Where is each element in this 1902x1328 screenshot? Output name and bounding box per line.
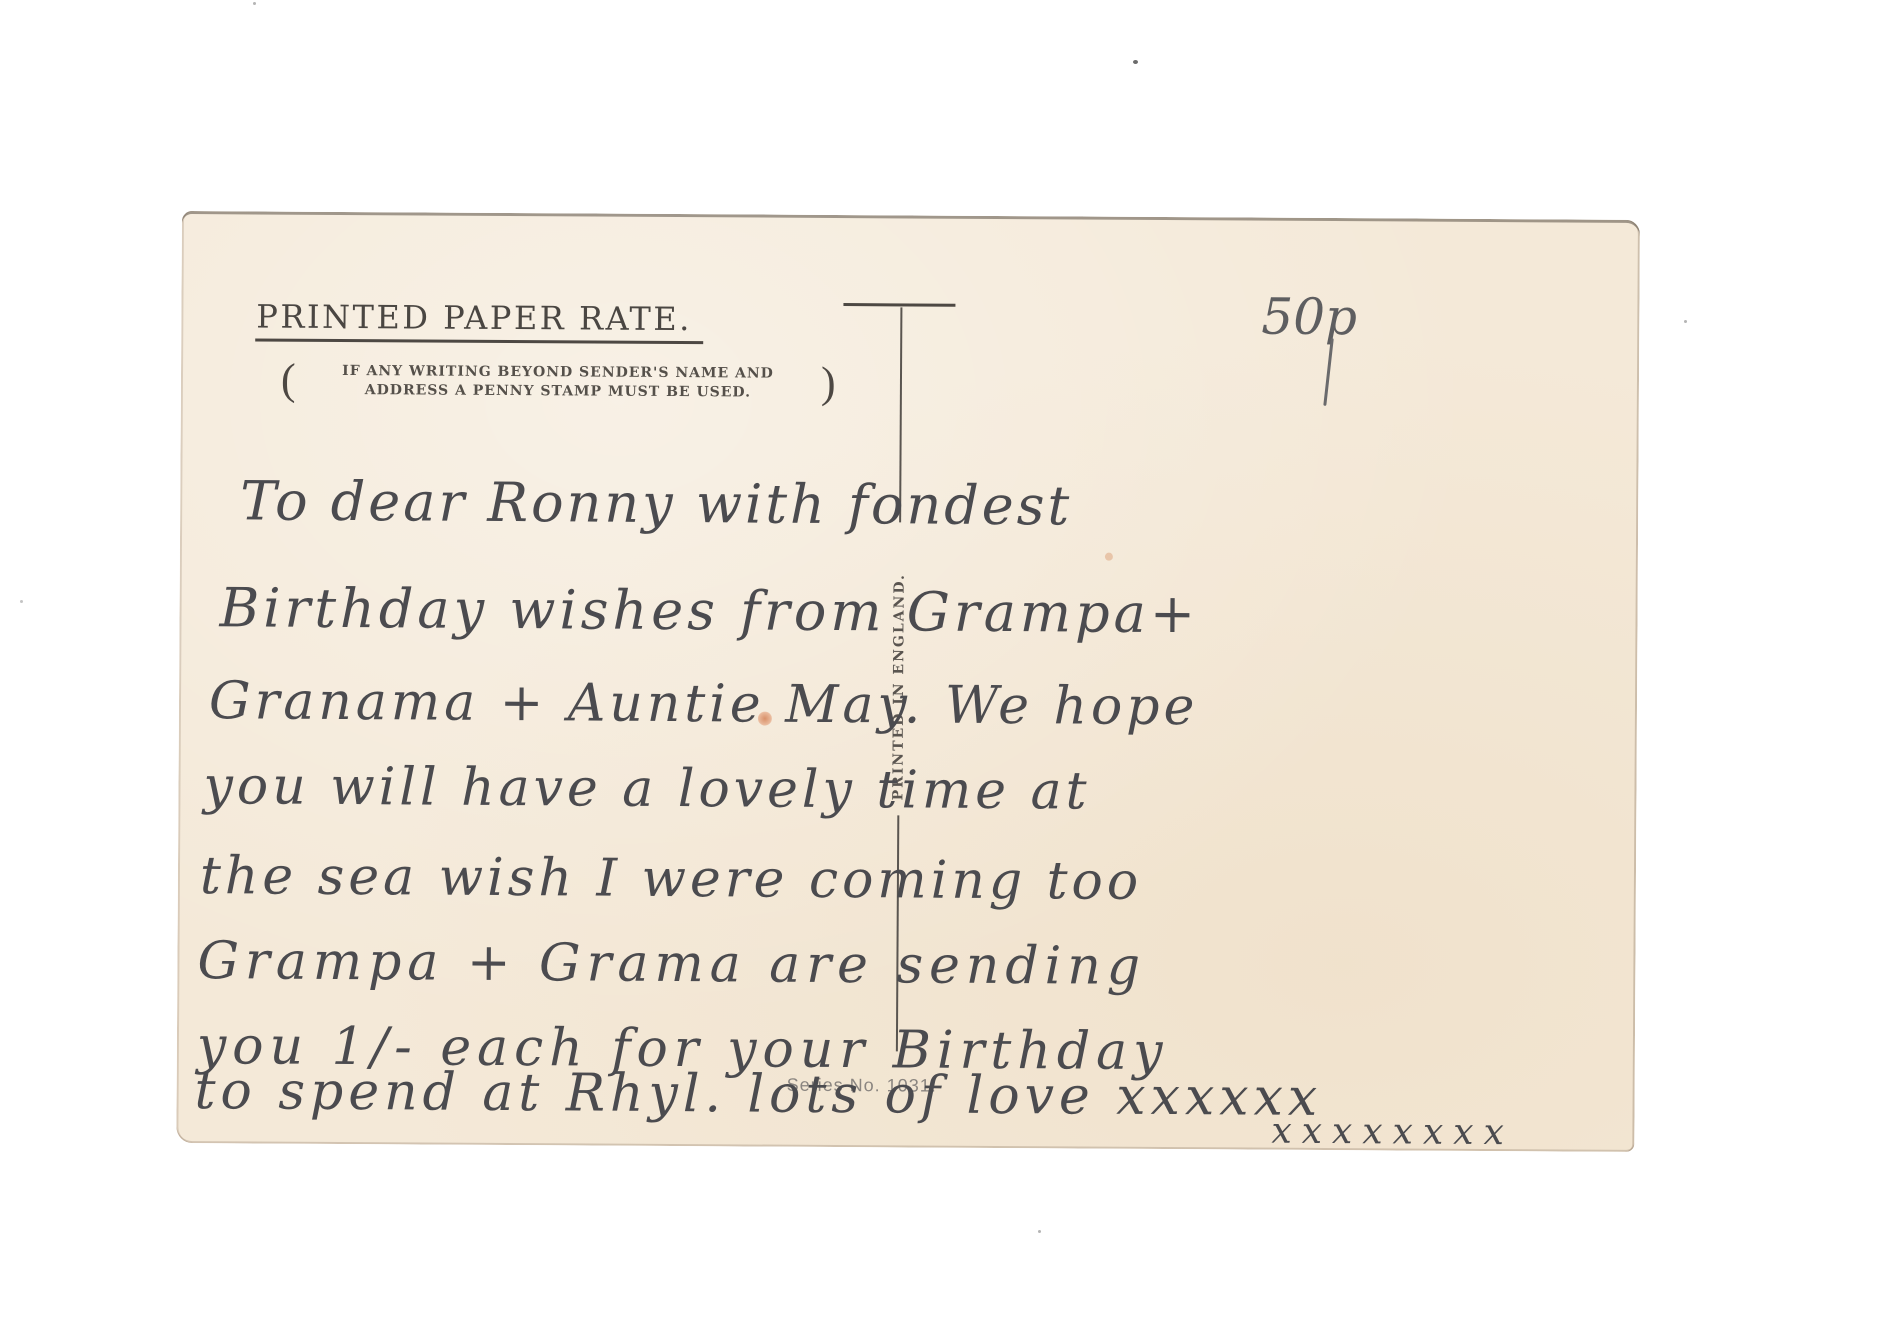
dust-speck (1133, 60, 1138, 64)
message-line-5: the sea wish I were coming too (200, 846, 1143, 912)
message-line-9-kisses: xxxxxxxx (1271, 1111, 1514, 1153)
postcard-back: PRINTED PAPER RATE. ( IF ANY WRITING BEY… (176, 211, 1640, 1152)
right-parenthesis: ) (821, 361, 836, 405)
message-line-2: Birthday wishes from Grampa+ (219, 576, 1199, 645)
dust-speck (1684, 320, 1687, 323)
printed-paper-rate-title: PRINTED PAPER RATE. (256, 297, 692, 338)
dust-speck (20, 600, 23, 603)
title-underline (255, 338, 703, 344)
message-line-3: Granama + Auntie May. We hope (209, 671, 1199, 737)
dust-speck (1038, 1230, 1041, 1233)
message-line-6: Grampa + Grama are sending (197, 931, 1146, 997)
price-note-stroke (1323, 338, 1334, 406)
price-note: 50p (1261, 288, 1357, 347)
postage-notice: IF ANY WRITING BEYOND SENDER'S NAME AND … (293, 362, 823, 403)
message-line-1: To dear Ronny with fondest (240, 469, 1072, 537)
message-line-8: to spend at Rhyl. lots of love xxxxxx (194, 1061, 1322, 1128)
notice-line-2: ADDRESS A PENNY STAMP MUST BE USED. (293, 381, 823, 403)
dust-speck (253, 2, 256, 5)
stamp-divider-crossbar (843, 303, 955, 307)
foxing-stain-small (1105, 553, 1113, 561)
message-line-4: you will have a lovely time at (203, 756, 1090, 821)
